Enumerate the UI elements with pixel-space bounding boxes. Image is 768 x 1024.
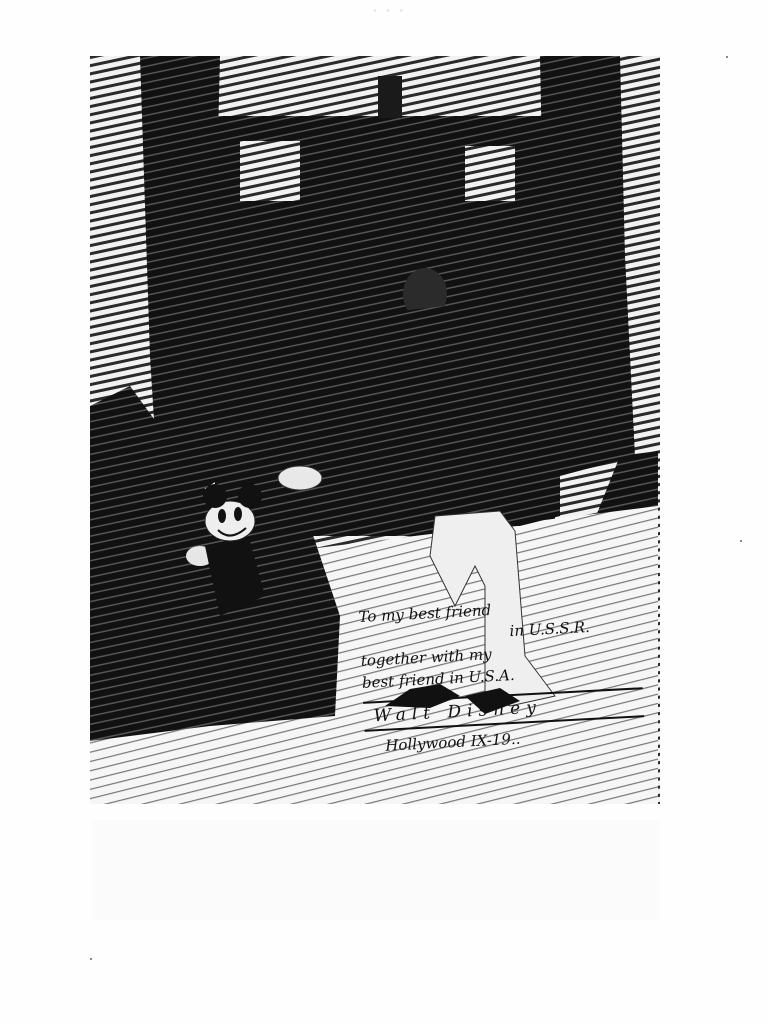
lamp (378, 76, 402, 118)
blank-caption-area (92, 820, 660, 920)
window-left (240, 141, 300, 201)
page-marker: • • • (372, 6, 406, 17)
photograph: To my best friend in U.S.S.R. together w… (90, 56, 660, 804)
scan-speck (90, 958, 92, 960)
scanned-page: • • • (0, 0, 768, 1024)
scan-speck (740, 540, 742, 542)
handwritten-dedication: To my best friend in U.S.S.R. together w… (358, 590, 660, 757)
window-right (465, 146, 515, 201)
scan-speck (726, 56, 728, 58)
